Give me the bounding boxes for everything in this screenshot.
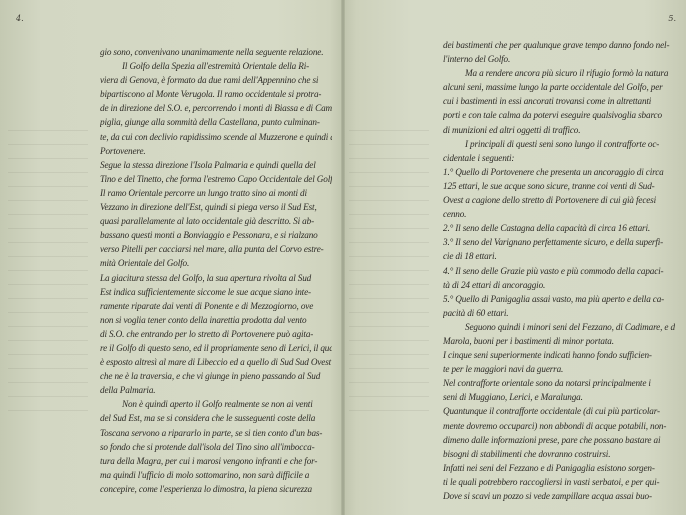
manuscript-line: te, da cui con declivio rapidissimo scen… [100,130,332,144]
manuscript-line: Ma a rendere ancora più sicuro il rifugi… [443,66,675,80]
manuscript-line: che ne è la traversia, e che vi giunge i… [100,369,332,383]
manuscript-line: bisogni di stabilimenti che dovranno cos… [443,447,675,461]
manuscript-line: del Sud Est, ma se si considera che le s… [100,411,332,425]
manuscript-line: piglia, giunge alla sommità della Castel… [100,115,332,129]
manuscript-line: concepire, come l'esperienza lo dimostra… [100,482,332,496]
manuscript-line: 4.° Il seno delle Grazie più vasto e più… [443,264,675,278]
manuscript-line: 1.° Quello di Portovenere che presenta u… [443,165,675,179]
manuscript-line: cie di 18 ettari. [443,249,675,263]
manuscript-line: di munizioni ed altri oggetti di traffic… [443,123,675,137]
manuscript-line: 3.° Il seno del Varignano perfettamente … [443,235,675,249]
left-page-text: gio sono, convenivano unanimamente nella… [100,45,332,496]
manuscript-line: porti e con tale calma da potervi esegui… [443,108,675,122]
manuscript-line: è esposto altresì al mare di Libeccio ed… [100,355,332,369]
manuscript-line: 5.° Quello di Panigaglia assai vasto, ma… [443,292,675,306]
manuscript-line: ma quindi l'ufficio di molo sottomarino,… [100,468,332,482]
manuscript-line: Dove si scavi un pozzo si vede zampillar… [443,489,675,503]
manuscript-line: Nel contrafforte orientale sono da notar… [443,376,675,390]
manuscript-line: cui i bastimenti in essi ancorati trovan… [443,94,675,108]
manuscript-line: La giacitura stessa del Golfo, la sua ap… [100,271,332,285]
manuscript-line: re il Golfo di questo seno, ed il propri… [100,341,332,355]
manuscript-line: verso Pitelli per cacciarsi nel mare, al… [100,242,332,256]
manuscript-line: ti le quali potrebbero raccogliersi in v… [443,475,675,489]
right-page-text: dei bastimenti che per qualunque grave t… [443,38,675,503]
manuscript-line: ramente riparate dai venti di Ponente e … [100,299,332,313]
manuscript-line: Ovest a cagione dello stretto di Portove… [443,193,675,207]
manuscript-line: Tino e del Tinetto, che forma l'estremo … [100,172,332,186]
ink-bleed-through [8,120,88,420]
manuscript-line: gio sono, convenivano unanimamente nella… [100,45,332,59]
manuscript-line: bassano questi monti a Bonviaggio e Pess… [100,228,332,242]
manuscript-line: mità Orientale del Golfo. [100,256,332,270]
manuscript-line: alcuni seni, massime lungo la parte occi… [443,80,675,94]
manuscript-line: della Palmaria. [100,383,332,397]
manuscript-line: Vezzano in direzione dell'Est, quindi si… [100,200,332,214]
manuscript-line: cenno. [443,207,675,221]
manuscript-line: Infatti nei seni del Fezzano e di Paniga… [443,461,675,475]
left-page: 4. gio sono, convenivano unanimamente ne… [0,0,343,515]
manuscript-line: so fondo che si protende dall'isola del … [100,440,332,454]
manuscript-line: Quantunque il contrafforte occidentale (… [443,404,675,418]
manuscript-line: te per le maggiori navi da guerra. [443,362,675,376]
manuscript-line: viera di Genova, è formato da due rami d… [100,73,332,87]
manuscript-line: quasi parallelamente al lato occidentale… [100,214,332,228]
page-number: 5. [668,14,676,23]
manuscript-line: Il Golfo della Spezia all'estremità Orie… [100,59,332,73]
manuscript-line: I principali di questi seni sono lungo i… [443,137,675,151]
manuscript-line: Il ramo Orientale percorre un lungo trat… [100,186,332,200]
ink-bleed-through [349,120,429,420]
manuscript-line: mente dovremo occuparci) non abbondi di … [443,419,675,433]
right-page: 5. dei bastimenti che per qualunque grav… [343,0,686,515]
manuscript-line: tà di 24 ettari di ancoraggio. [443,278,675,292]
manuscript-line: I cinque seni superiormente indicati han… [443,348,675,362]
manuscript-line: de in direzione del S.O. e, percorrendo … [100,101,332,115]
manuscript-line: cidentale i seguenti: [443,151,675,165]
page-number: 4. [16,14,24,23]
manuscript-line: pacità di 60 ettari. [443,306,675,320]
manuscript-line: di S.O. che entrando per lo stretto di P… [100,327,332,341]
manuscript-line: Toscana servono a ripararlo in parte, se… [100,426,332,440]
manuscript-line: Marola, buoni per i bastimenti di minor … [443,334,675,348]
manuscript-line: non si voglia tener conto della inaretti… [100,313,332,327]
manuscript-line: l'interno del Golfo. [443,52,675,66]
manuscript-line: Seguono quindi i minori seni del Fezzano… [443,320,675,334]
manuscript-line: 2.° Il seno delle Castagna della capacit… [443,221,675,235]
manuscript-line: dei bastimenti che per qualunque grave t… [443,38,675,52]
manuscript-line: Segue la stessa direzione l'Isola Palmar… [100,158,332,172]
manuscript-line: 125 ettari, le sue acque sono sicure, tr… [443,179,675,193]
manuscript-line: dimeno dalle informazioni prese, pare ch… [443,433,675,447]
manuscript-line: Non è quindi aperto il Golfo realmente s… [100,397,332,411]
manuscript-line: bipartiscono al Monte Verugola. Il ramo … [100,87,332,101]
manuscript-line: seni di Muggiano, Lerici, e Maralunga. [443,390,675,404]
manuscript-line: Portovenere. [100,144,332,158]
manuscript-spread: 4. gio sono, convenivano unanimamente ne… [0,0,686,515]
manuscript-line: tura della Magra, per cui i marosi vengo… [100,454,332,468]
manuscript-line: Est indica sufficientemente siccome le s… [100,285,332,299]
